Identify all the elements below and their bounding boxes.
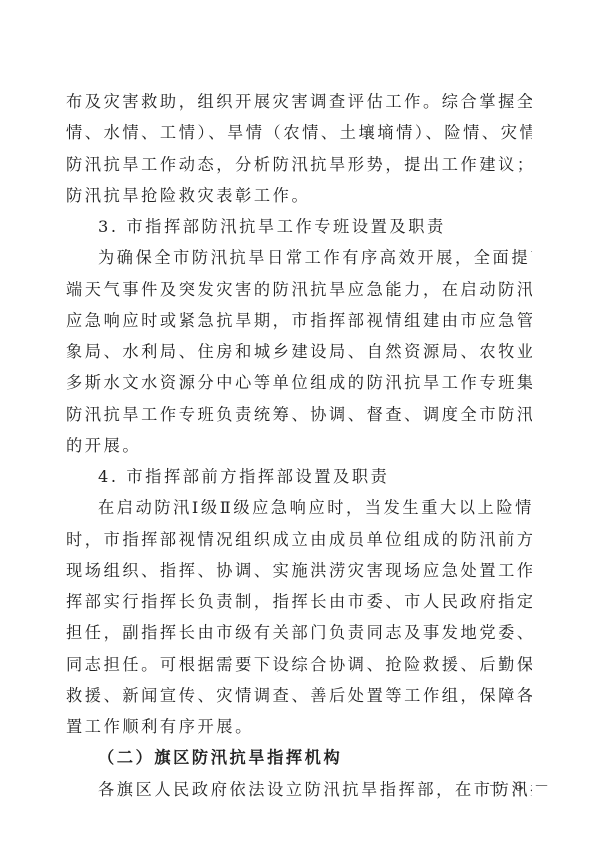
text-line: 同志担任。可根据需要下设综合协调、抢险救援、后勤保障、医学 bbox=[66, 649, 532, 680]
text-line: 应急响应时或紧急抗旱期，市指挥部视情组建由市应急管理局、气 bbox=[66, 305, 532, 336]
text-line: 防汛抗旱工作动态，分析防汛抗旱形势，提出工作建议；协调做好 bbox=[66, 149, 532, 180]
document-page: 布及灾害救助，组织开展灾害调查评估工作。综合掌握全市汛情（雨 情、水情、工情）、… bbox=[0, 0, 600, 847]
subsection-heading-4: 4. 市指挥部前方指挥部设置及职责 bbox=[66, 461, 532, 492]
text-line: 时，市指挥部视情况组织成立由成员单位组成的防汛前方指挥部赴 bbox=[66, 524, 532, 555]
subsection-heading-3: 3. 市指挥部防汛抗旱工作专班设置及职责 bbox=[66, 211, 532, 242]
text-line: 象局、水利局、住房和城乡建设局、自然资源局、农牧业局、鄂尔 bbox=[66, 336, 532, 367]
text-line: 端天气事件及突发灾害的防汛抗旱应急能力，在启动防汛Ⅰ、Ⅱ级 bbox=[66, 274, 532, 305]
text-line: 置工作顺利有序开展。 bbox=[66, 711, 532, 742]
text-line: 担任，副指挥长由市级有关部门负责同志及事发地党委、政府负责 bbox=[66, 617, 532, 648]
section-heading-2: （二）旗区防汛抗旱指挥机构 bbox=[66, 742, 532, 773]
text-line: 在启动防汛Ⅰ级Ⅱ级应急响应时，当发生重大以上险情灾情 bbox=[66, 492, 532, 523]
text-line: 布及灾害救助，组织开展灾害调查评估工作。综合掌握全市汛情（雨 bbox=[66, 86, 532, 117]
text-line: 防汛抗旱工作专班负责统筹、协调、督查、调度全市防汛抗旱工作 bbox=[66, 399, 532, 430]
text-line: 防汛抗旱抢险救灾表彰工作。 bbox=[66, 180, 532, 211]
text-line: 各旗区人民政府依法设立防汛抗旱指挥部，在市防汛抗旱指挥 bbox=[66, 774, 532, 805]
text-line: 救援、新闻宣传、灾情调查、善后处置等工作组，保障各项应急处 bbox=[66, 680, 532, 711]
text-line: 为确保全市防汛抗旱日常工作有序高效开展，全面提高应对极 bbox=[66, 242, 532, 273]
text-line: 现场组织、指挥、协调、实施洪涝灾害现场应急处置工作。前方指 bbox=[66, 555, 532, 586]
document-body: 布及灾害救助，组织开展灾害调查评估工作。综合掌握全市汛情（雨 情、水情、工情）、… bbox=[66, 86, 532, 805]
text-line: 的开展。 bbox=[66, 430, 532, 461]
text-line: 多斯水文水资源分中心等单位组成的防汛抗旱工作专班集中办公。 bbox=[66, 367, 532, 398]
page-number: － 6 － bbox=[488, 775, 553, 796]
text-line: 情、水情、工情）、旱情（农情、土壤墒情）、险情、灾情及各旗区 bbox=[66, 117, 532, 148]
text-line: 挥部实行指挥长负责制，指挥长由市委、市人民政府指定负责同志 bbox=[66, 586, 532, 617]
